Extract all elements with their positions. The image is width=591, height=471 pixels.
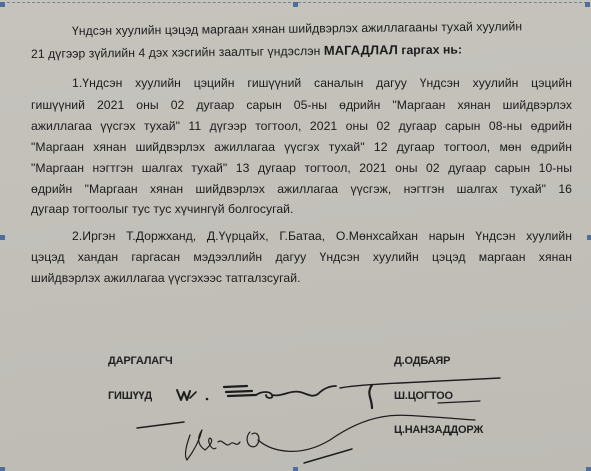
handwritten-signatures: [0, 0, 591, 471]
document-page: Үндсэн хуулийн цэцэд маргаан хянан шийдв…: [0, 0, 591, 471]
